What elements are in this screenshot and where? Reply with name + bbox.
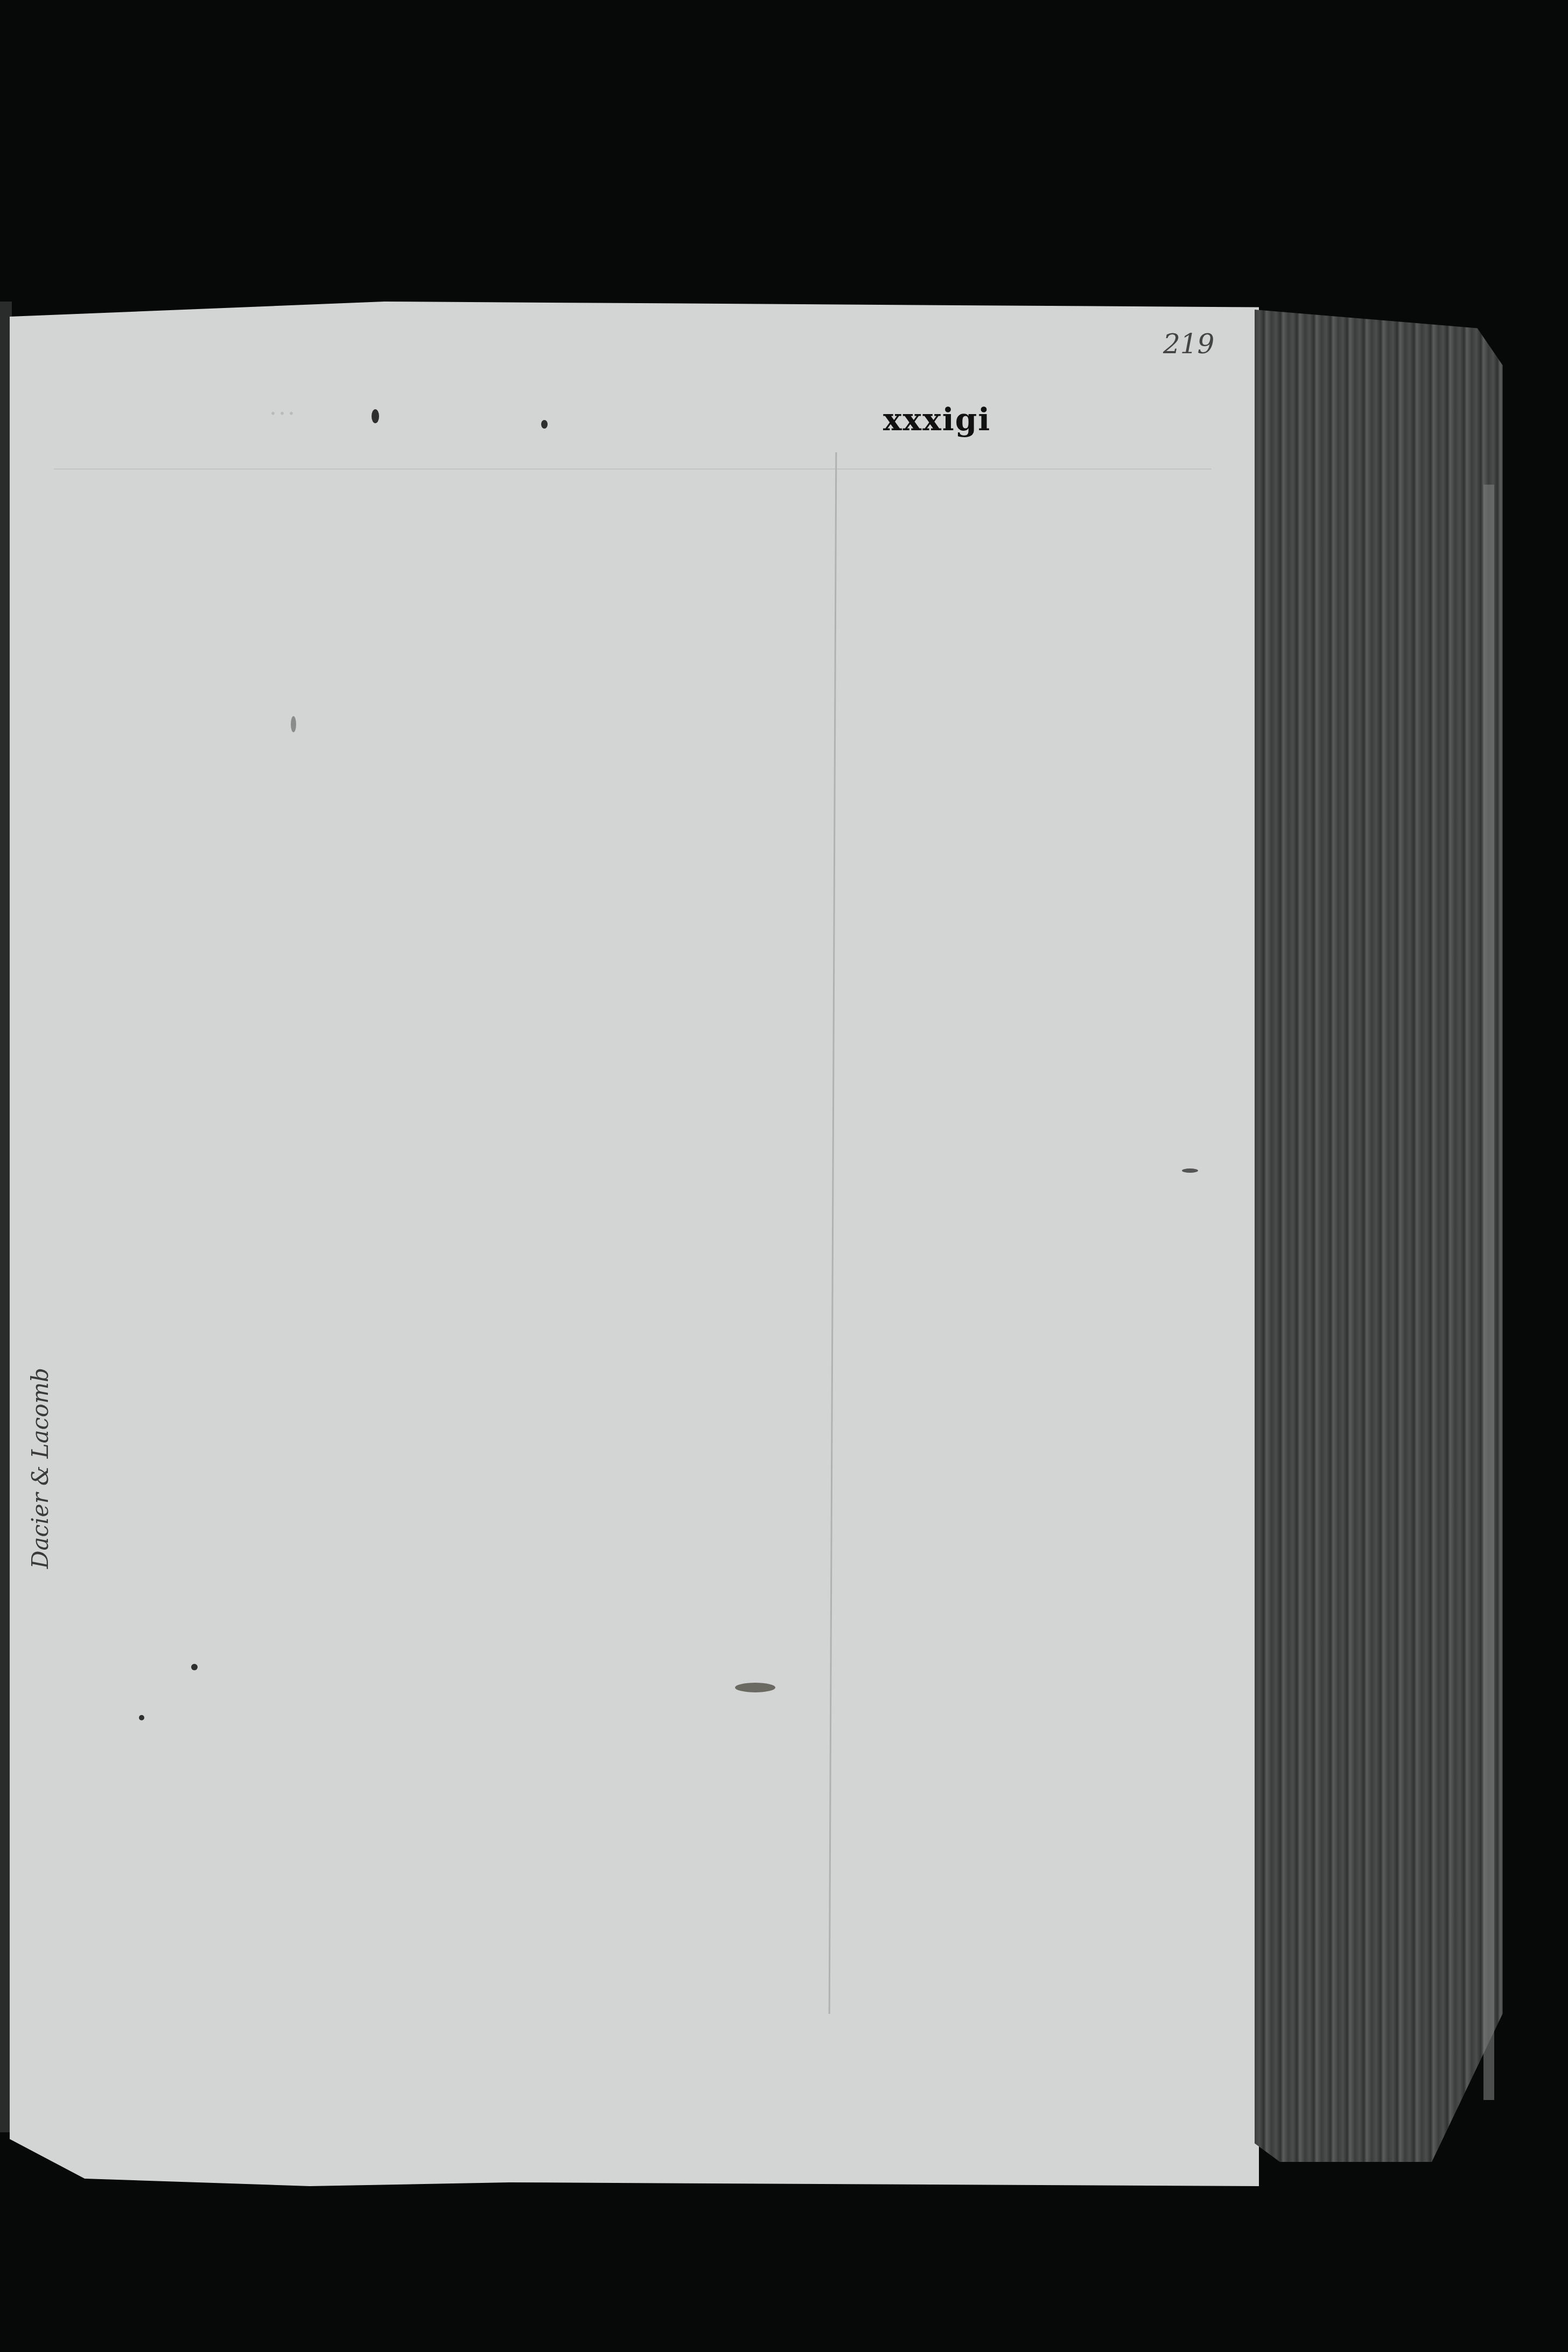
header-ruled-line (54, 468, 1212, 470)
ink-blot (372, 409, 379, 423)
book-fore-edge (1255, 310, 1508, 2162)
manuscript-page (10, 302, 1259, 2186)
ink-blot (139, 1715, 144, 1720)
ink-smudge (735, 1683, 775, 1692)
ink-blot (191, 1664, 198, 1670)
page-header-numeral: xxxigi (883, 401, 991, 438)
folio-number: 219 (1163, 328, 1214, 360)
ink-mark (291, 716, 296, 732)
ink-blot (541, 420, 548, 429)
margin-annotation: Dacier & Lacomb (27, 1368, 53, 1569)
faint-header-text: ... (269, 393, 297, 421)
ink-mark (1182, 1168, 1198, 1173)
fore-edge-highlight (1483, 485, 1494, 2100)
